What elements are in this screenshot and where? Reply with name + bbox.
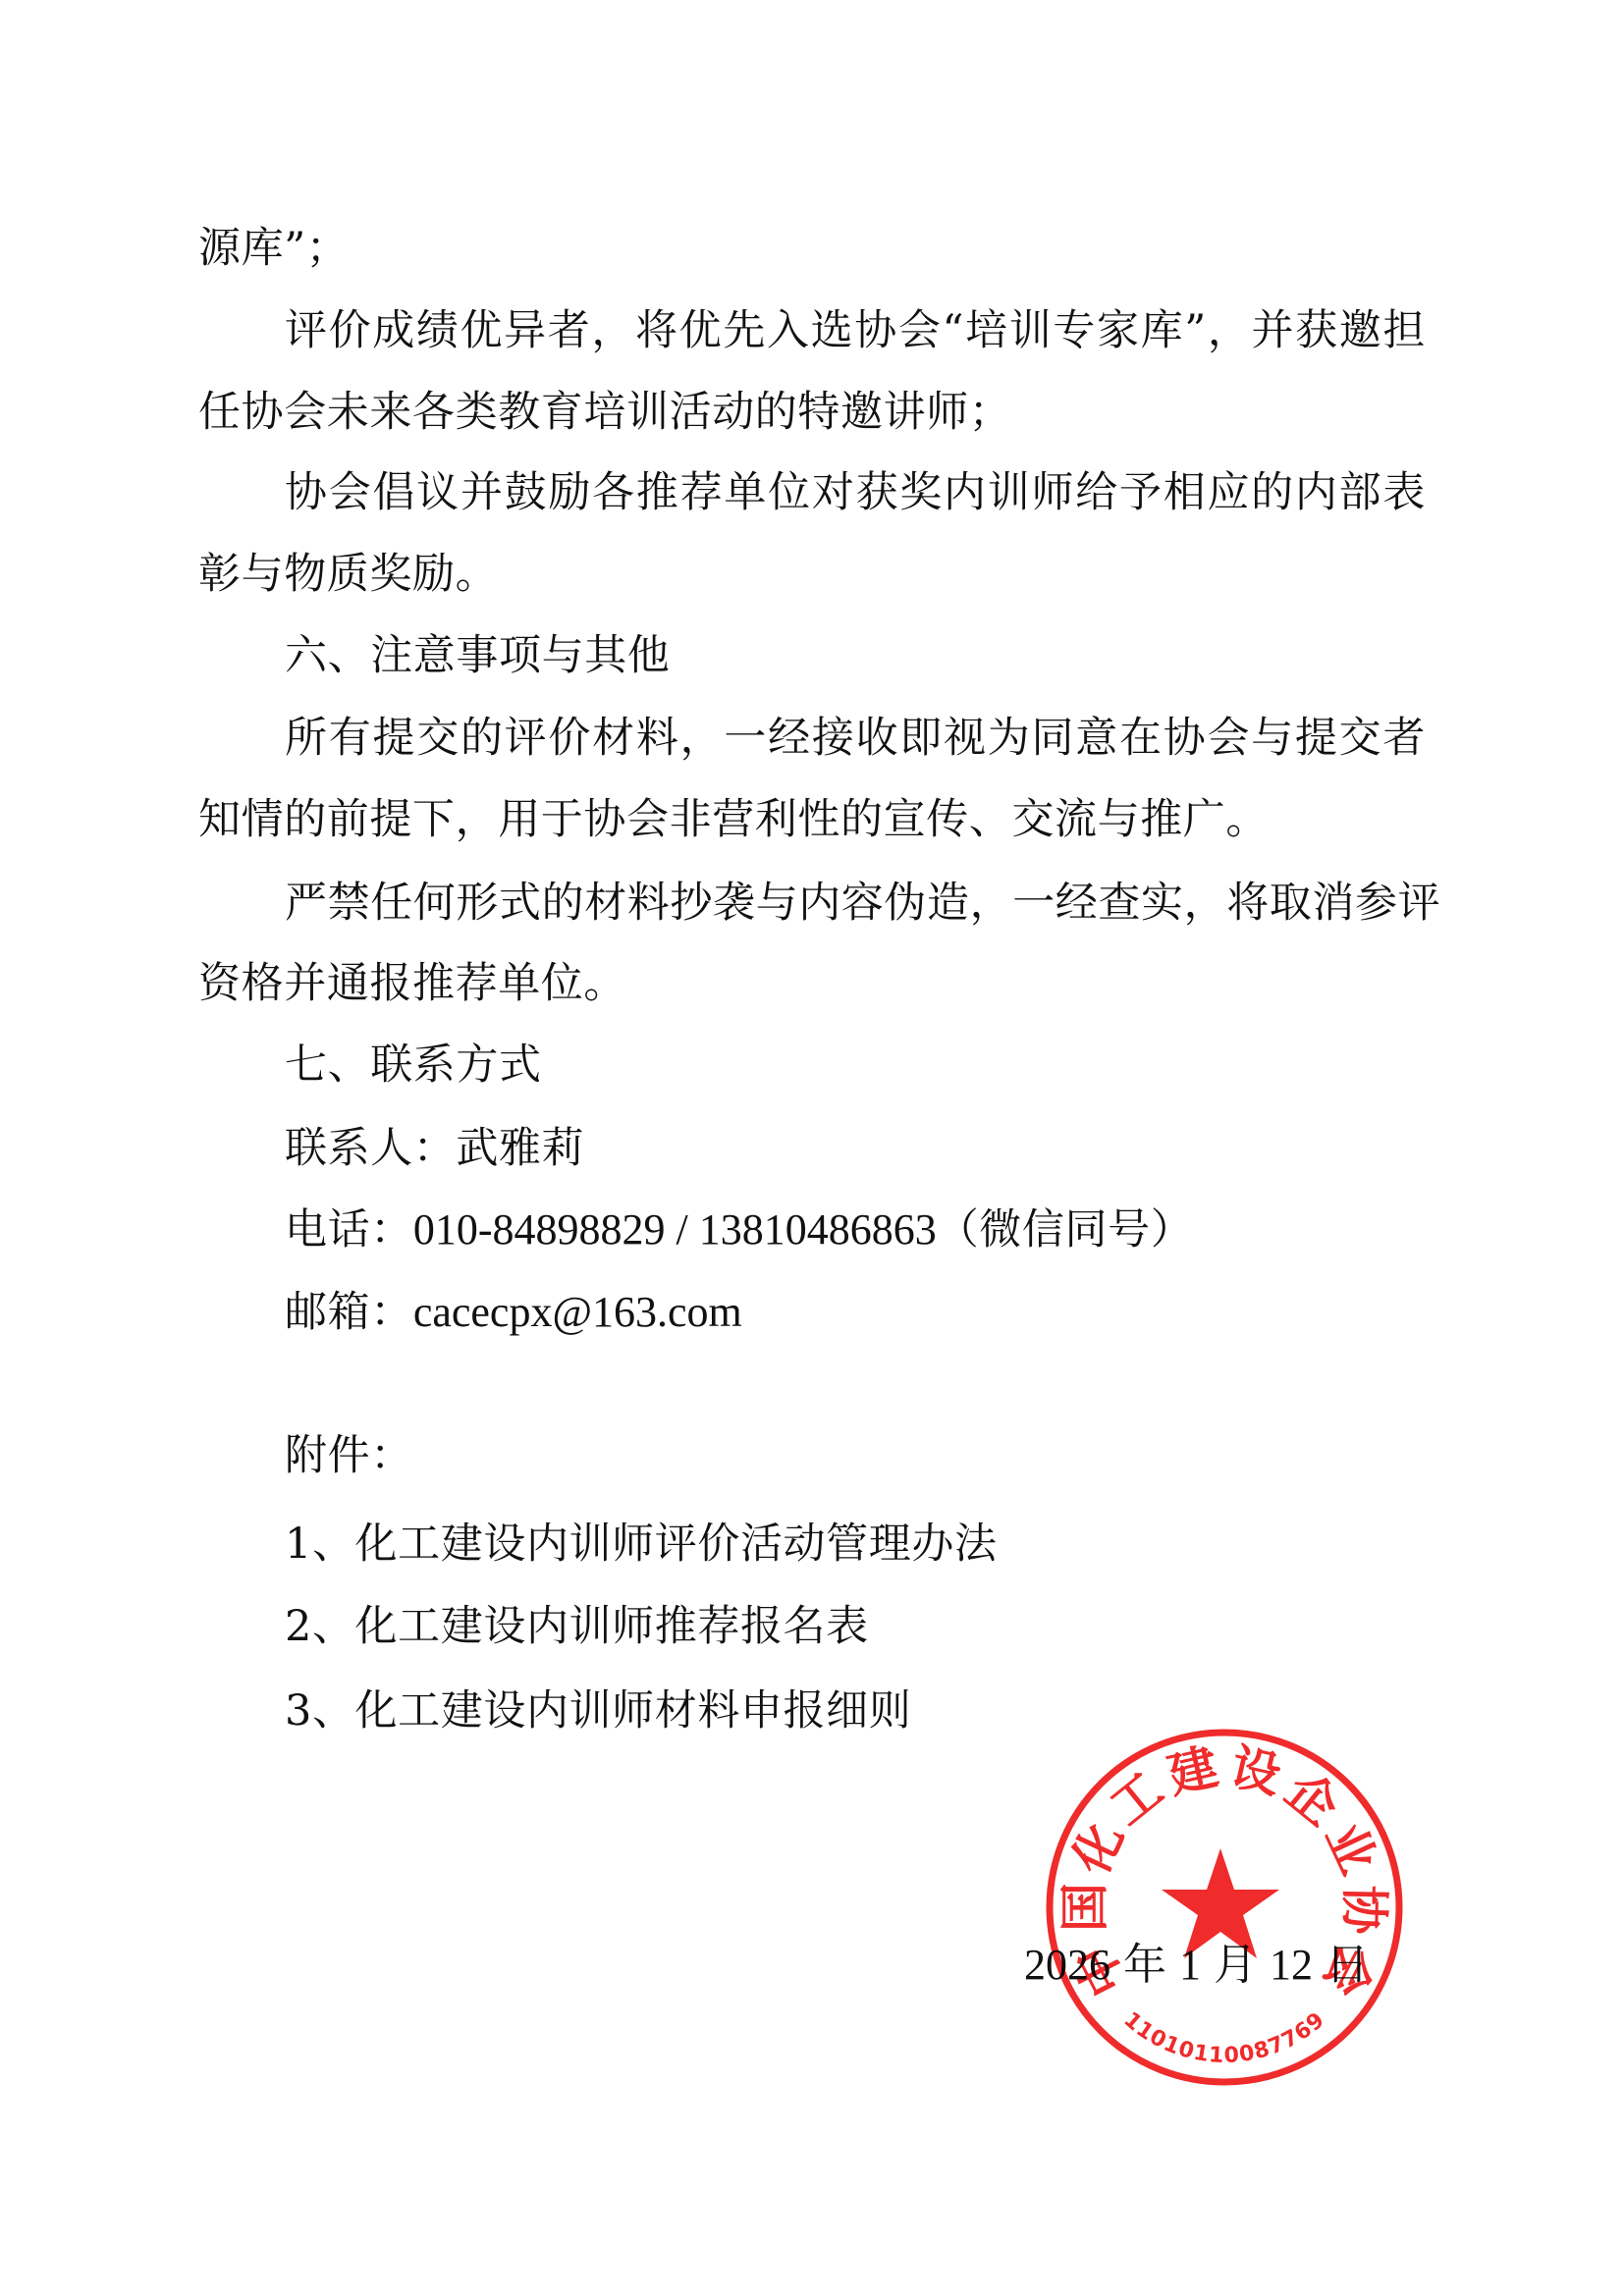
paragraph-line: 彰与物质奖励。 (198, 545, 1426, 604)
contact-email-value[interactable]: cacecpx@163.com (413, 1288, 742, 1336)
contact-person-name: 武雅莉 (456, 1124, 584, 1173)
attachment-item: 1、化工建设内训师评价活动管理办法 (285, 1515, 1426, 1574)
contact-phone-note: （微信同号） (937, 1205, 1194, 1255)
paragraph-line: 所有提交的评价材料，一经接收即视为同意在协会与提交者 (285, 709, 1426, 768)
attachment-item-text: 2、化工建设内训师推荐报名表 (285, 1602, 869, 1651)
contact-email: 邮箱：cacecpx@163.com (285, 1283, 1426, 1342)
section-heading: 七、联系方式 (285, 1036, 1426, 1095)
section-heading: 六、注意事项与其他 (285, 626, 1426, 685)
seal-char: 协 (1335, 1885, 1393, 1937)
attachment-item-text: 3、化工建设内训师材料申报细则 (285, 1686, 911, 1735)
contact-email-label: 邮箱： (285, 1288, 413, 1337)
contact-phone-value[interactable]: 010-84898829 / 13810486863 (413, 1205, 937, 1254)
seal-code: 11010110087769 (1118, 2007, 1329, 2068)
contact-person: 联系人：武雅莉 (285, 1119, 1426, 1178)
contact-phone-label: 电话： (285, 1205, 413, 1255)
paragraph-line: 任协会未来各类教育培训活动的特邀讲师； (198, 383, 1426, 442)
paragraph-line: 知情的前提下，用于协会非营利性的宣传、交流与推广。 (198, 790, 1426, 849)
star-icon (1162, 1848, 1279, 1958)
attachment-item: 2、化工建设内训师推荐报名表 (285, 1597, 1426, 1656)
document-page: 源库”； 评价成绩优异者，将优先入选协会“培训专家库”，并获邀担 任协会未来各类… (0, 0, 1624, 2296)
attachments-heading: 附件： (285, 1426, 1426, 1485)
seal-char: 设 (1225, 1738, 1286, 1805)
contact-person-label: 联系人： (285, 1124, 456, 1173)
seal-char: 国 (1056, 1883, 1113, 1932)
official-seal-icon: 中国化工建设企业协会 11010110087769 (1028, 1711, 1421, 2104)
seal-char: 建 (1163, 1738, 1223, 1805)
paragraph-line: 严禁任何形式的材料抄袭与内容伪造，一经查实，将取消参评 (285, 874, 1426, 933)
paragraph-line: 评价成绩优异者，将优先入选协会“培训专家库”，并获邀担 (285, 301, 1426, 360)
paragraph-line: 协会倡议并鼓励各推荐单位对获奖内训师给予相应的内部表 (285, 463, 1426, 522)
contact-phone: 电话：010-84898829 / 13810486863（微信同号） (285, 1201, 1426, 1259)
paragraph-line: 资格并通报推荐单位。 (198, 954, 1426, 1013)
attachment-item-text: 1、化工建设内训师评价活动管理办法 (285, 1520, 998, 1569)
paragraph-line: 源库”； (198, 219, 1426, 278)
